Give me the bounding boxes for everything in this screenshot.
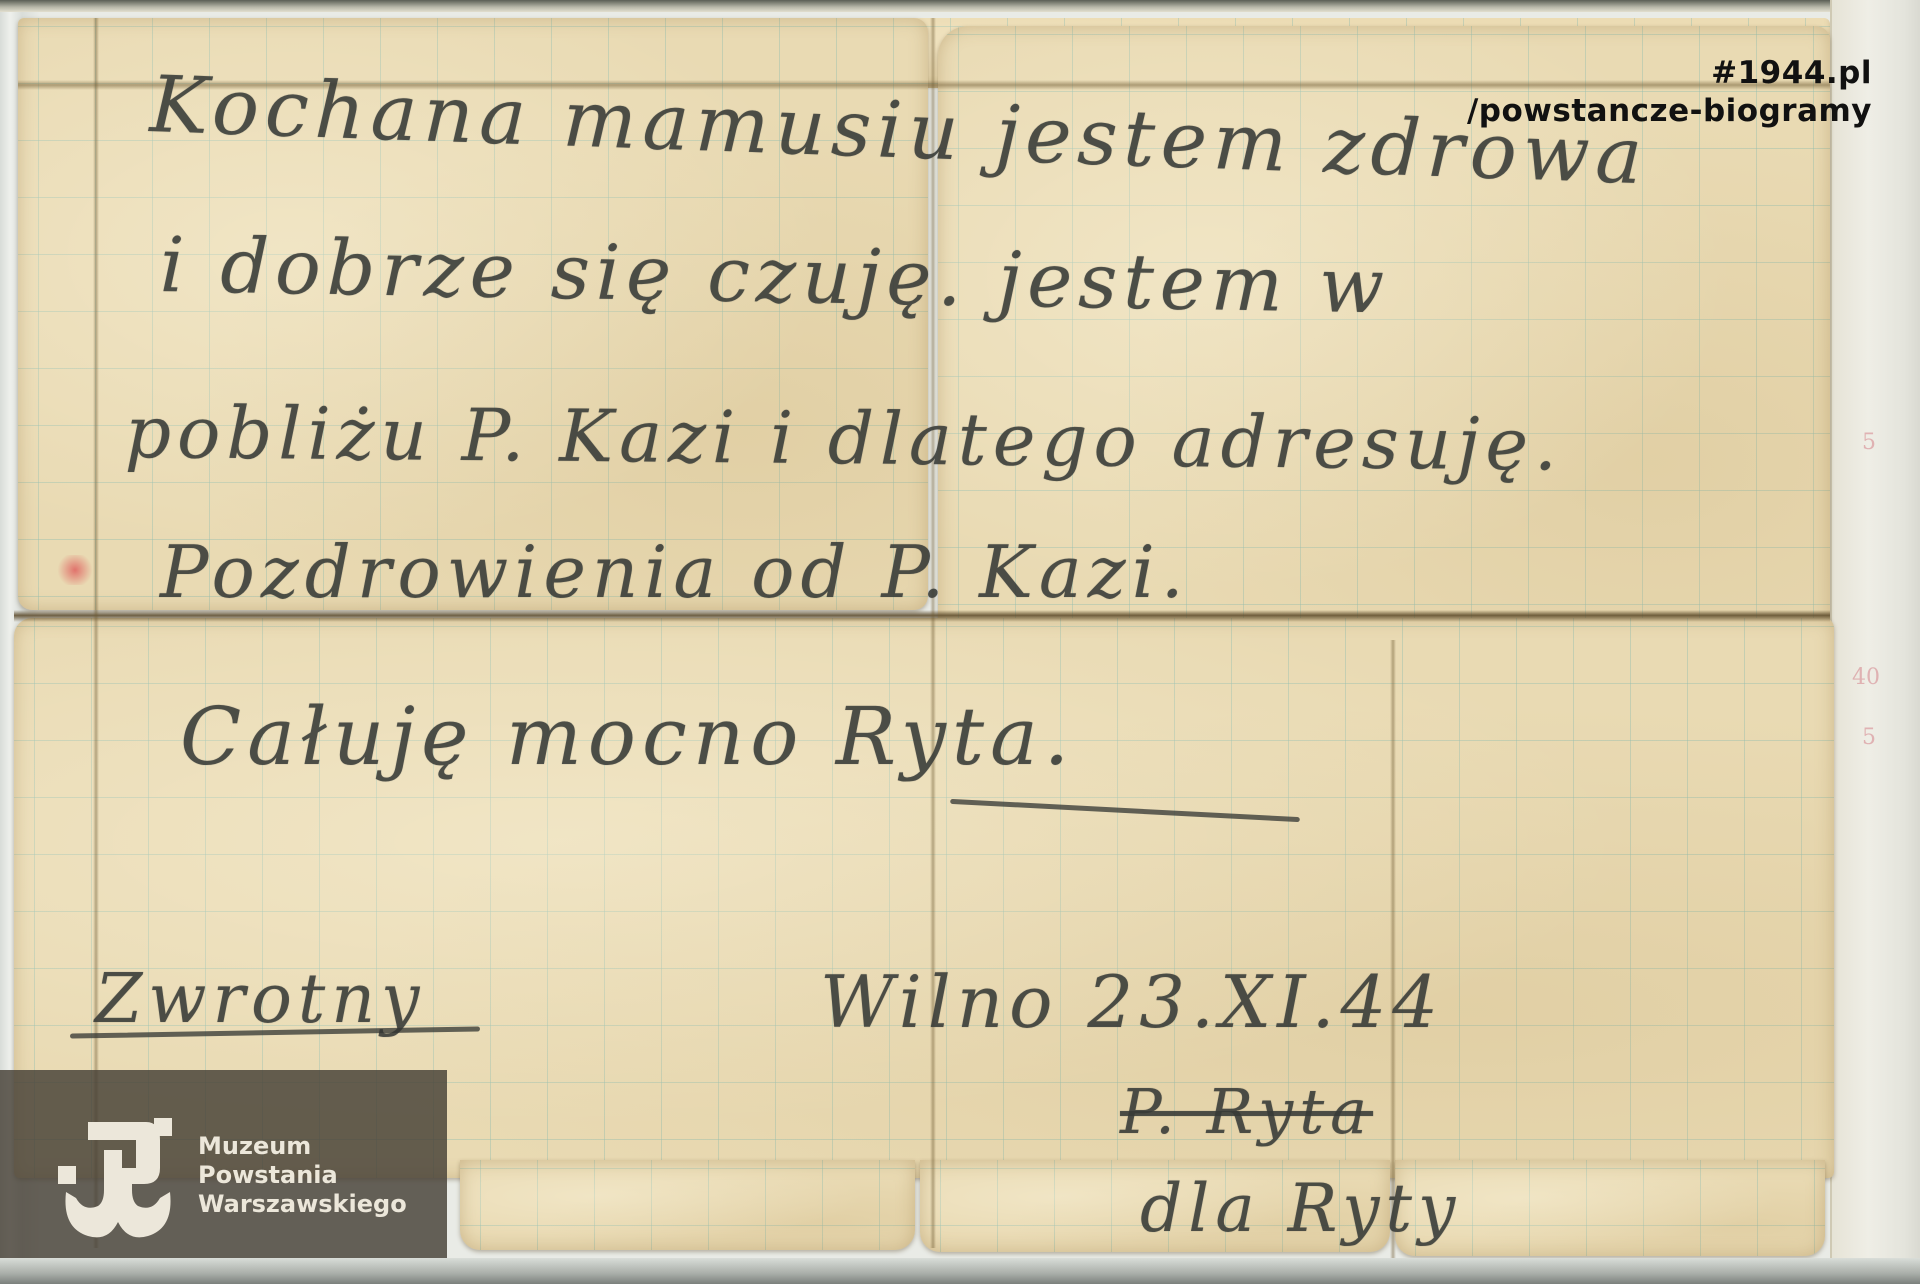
scanner-bottom-edge <box>0 1258 1920 1284</box>
fold-line-center <box>930 18 936 1248</box>
sleeve-pencil-mark: 5 <box>1862 430 1876 455</box>
sleeve-pencil-mark: 40 <box>1852 665 1880 690</box>
letter-line-5-signoff: Całuję mocno Ryta. <box>180 690 1075 783</box>
museum-name-line-3: Warszawskiego <box>198 1190 407 1219</box>
letter-line-3: pobliżu P. Kazi i dlatego adresuję. <box>125 390 1564 487</box>
museum-logo: Muzeum Powstania Warszawskiego <box>0 1070 447 1284</box>
site-watermark: #1944.pl /powstancze-biogramy <box>1467 54 1872 130</box>
kotwica-anchor-icon <box>58 1118 178 1243</box>
fold-line-left <box>93 18 99 1248</box>
red-ink-stain <box>55 555 95 585</box>
paper-bottom-tab <box>460 1160 915 1250</box>
museum-name-line-2: Powstania <box>198 1161 407 1190</box>
scanner-top-edge <box>0 0 1920 12</box>
watermark-path: /powstancze-biogramy <box>1467 92 1872 130</box>
fold-line-right <box>1390 640 1396 1260</box>
place-and-date: Wilno 23.XI.44 <box>820 960 1444 1044</box>
return-label: Zwrotny <box>95 960 425 1039</box>
museum-name: Muzeum Powstania Warszawskiego <box>198 1132 407 1219</box>
plastic-sleeve: 5 40 5 <box>1830 0 1920 1284</box>
letter-line-4: Pozdrowienia od P. Kazi. <box>160 530 1190 614</box>
watermark-site: #1944.pl <box>1467 54 1872 92</box>
closing-signature: dla Ryty <box>1140 1170 1461 1247</box>
sleeve-pencil-mark: 5 <box>1862 725 1876 750</box>
museum-name-line-1: Muzeum <box>198 1132 407 1161</box>
struck-out-signature: P. Ryta <box>1120 1075 1373 1148</box>
